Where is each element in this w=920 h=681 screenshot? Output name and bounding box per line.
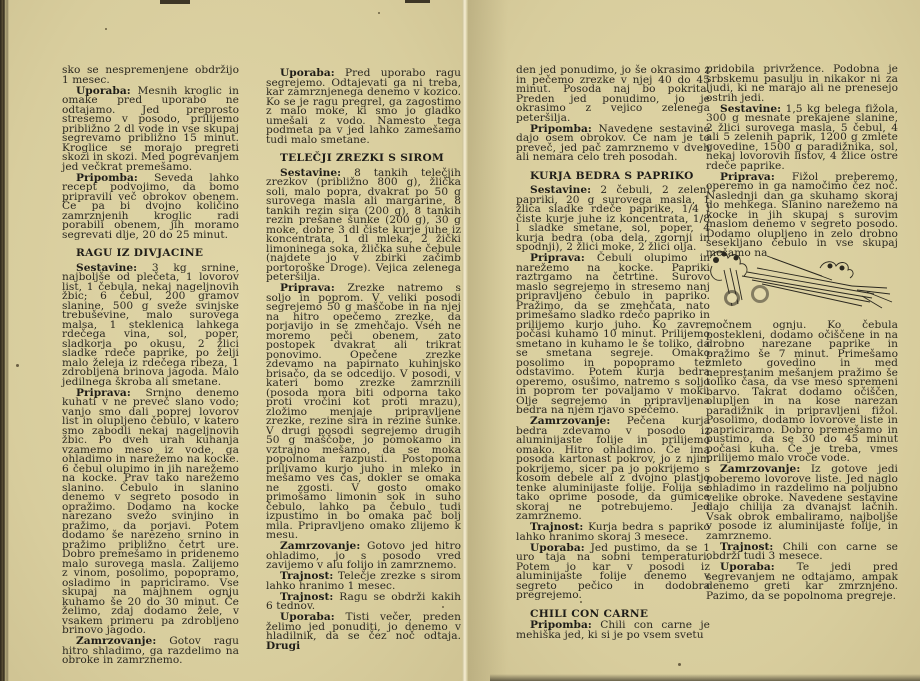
paragraph: Trajnost: Ragu se obdrži kakih 6 tednov.	[266, 593, 461, 612]
paragraph: Trajnost: Kurja bedra s papriko lahko hr…	[516, 523, 710, 542]
column-4: pridobila privržence. Podobna je srbskem…	[706, 65, 898, 260]
paper-speck	[678, 663, 681, 666]
continuation-text: den jed ponudimo, jo še okrasimo z in pe…	[516, 64, 710, 124]
section-text: 2 čebuli, 2 zeleni papriki, 20 g suroveg…	[516, 184, 710, 253]
paragraph: Priprava: Čebuli olupimo in narežemo na …	[516, 254, 710, 416]
section-text: Jed pustimo, da se 1 uro taja na sobni t…	[516, 542, 710, 602]
paragraph: Uporaba: Tisti večer, preden želimo jed …	[266, 613, 461, 651]
page-bottom-shadow	[490, 674, 920, 681]
vegetables-illustration-icon	[702, 246, 898, 314]
continuation-text: pridobila privržence. Podobna je srbskem…	[706, 63, 898, 104]
paragraph: pridobila privržence. Podobna je srbskem…	[706, 65, 898, 103]
section-text: Iz gotove jedi poberemo lovorove liste. …	[706, 463, 898, 542]
section-text: Pred uporabo ragu segrejemo. Odtajevati …	[266, 67, 461, 146]
paper-speck	[378, 12, 380, 14]
column-2: Uporaba: Pred uporabo ragu segrejemo. Od…	[266, 69, 461, 653]
paper-speck	[105, 28, 107, 30]
book-spread: sko se nespremenjene obdržijo 1 mesec. U…	[0, 0, 920, 681]
paragraph: Uporaba: Jed pustimo, da se 1 uro taja n…	[516, 544, 710, 601]
column-3: den jed ponudimo, jo še okrasimo z in pe…	[516, 66, 710, 642]
paragraph: Sestavine: 2 čebuli, 2 zeleni papriki, 2…	[516, 186, 710, 253]
section-text: 1,5 kg belega fižola, 300 g mesnate prek…	[706, 103, 898, 172]
section-text: Zrezke natremo s soljo in poprom. V veli…	[266, 282, 461, 541]
paragraph: Zamrzovanje: Gotov ragu hitro shladimo, …	[62, 637, 239, 666]
section-text: Pečena kurja bedra zdevamo v posodo iz a…	[516, 415, 710, 522]
page-edge-shadow	[160, 0, 190, 4]
continuation-text: sko se nespremenjene obdržijo 1 mesec.	[62, 64, 239, 86]
section-text: 8 tankih telečjih zrezkov (približno 800…	[266, 167, 461, 284]
paragraph: Zamrzovanje: Gotovo jed hitro ohladimo, …	[266, 542, 461, 571]
paper-speck	[16, 364, 19, 367]
paragraph: Pripomba: Navedene sestavine dajo osem o…	[516, 125, 710, 163]
recipe-title: TELEČJI ZREZKI S SIROM	[266, 154, 461, 164]
section-text: Srnino denemo kuhati v ne preveč slano v…	[62, 387, 239, 637]
paragraph: Zamrzovanje: Pečena kurja bedra zdevamo …	[516, 417, 710, 522]
recipe-title: CHILI CON CARNE	[516, 610, 710, 620]
column-4-continued: močnem ognju. Ko čebula postekleni, doda…	[706, 321, 898, 603]
recipe-title: KURJA BEDRA S PAPRIKO	[516, 172, 710, 182]
paragraph: Priprava: Srnino denemo kuhati v ne prev…	[62, 389, 239, 636]
section-text: 3 kg srnine, najboljše od plečeta, 1 lov…	[62, 262, 239, 388]
section-text: močnem ognju. Ko čebula postekleni, doda…	[706, 319, 898, 464]
paragraph: Priprava: Zrezke natremo s soljo in popr…	[266, 284, 461, 541]
paragraph: Pripomba: Chili con carne je mehiška jed…	[516, 621, 710, 640]
paragraph: sko se nespremenjene obdržijo 1 mesec.	[62, 66, 239, 85]
paragraph: Sestavine: 1,5 kg belega fižola, 300 g m…	[706, 105, 898, 172]
paragraph: Uporaba: Pred uporabo ragu segrejemo. Od…	[266, 69, 461, 145]
paragraph: močnem ognju. Ko čebula postekleni, doda…	[706, 321, 898, 464]
paragraph: Pripomba: Seveda lahko recept podvojimo,…	[62, 174, 239, 241]
section-text: Mesnih kroglic in omake pred uporabo ne …	[62, 85, 239, 173]
section-text: Čebuli olupimo in narežemo na kocke. Pap…	[516, 252, 710, 416]
paper-speck	[442, 606, 444, 608]
binding-edge	[0, 0, 9, 681]
paragraph: den jed ponudimo, jo še okrasimo z in pe…	[516, 66, 710, 123]
paragraph: Trajnost: Telečje zrezke s sirom lahko h…	[266, 572, 461, 591]
paper-speck	[580, 601, 582, 603]
column-1: sko se nespremenjene obdržijo 1 mesec. U…	[62, 66, 239, 667]
paragraph: Zamrzovanje: Iz gotove jedi poberemo lov…	[706, 465, 898, 541]
paragraph: Uporaba: Te jedi pred segrevanjem ne odt…	[706, 563, 898, 601]
trailing-word: Drugi	[266, 640, 300, 652]
section-text: Seveda lahko recept podvojimo, da bomo p…	[62, 172, 239, 241]
paragraph: Sestavine: 8 tankih telečjih zrezkov (pr…	[266, 169, 461, 283]
paragraph: Sestavine: 3 kg srnine, najboljše od ple…	[62, 264, 239, 388]
paragraph: Uporaba: Mesnih kroglic in omake pred up…	[62, 87, 239, 173]
paragraph: Trajnost: Chili con carne se obdrži tudi…	[706, 543, 898, 562]
page-edge-shadow	[405, 0, 430, 3]
gutter-shadow	[468, 0, 508, 681]
recipe-title: RAGU IZ DIVJACINE	[62, 249, 239, 259]
